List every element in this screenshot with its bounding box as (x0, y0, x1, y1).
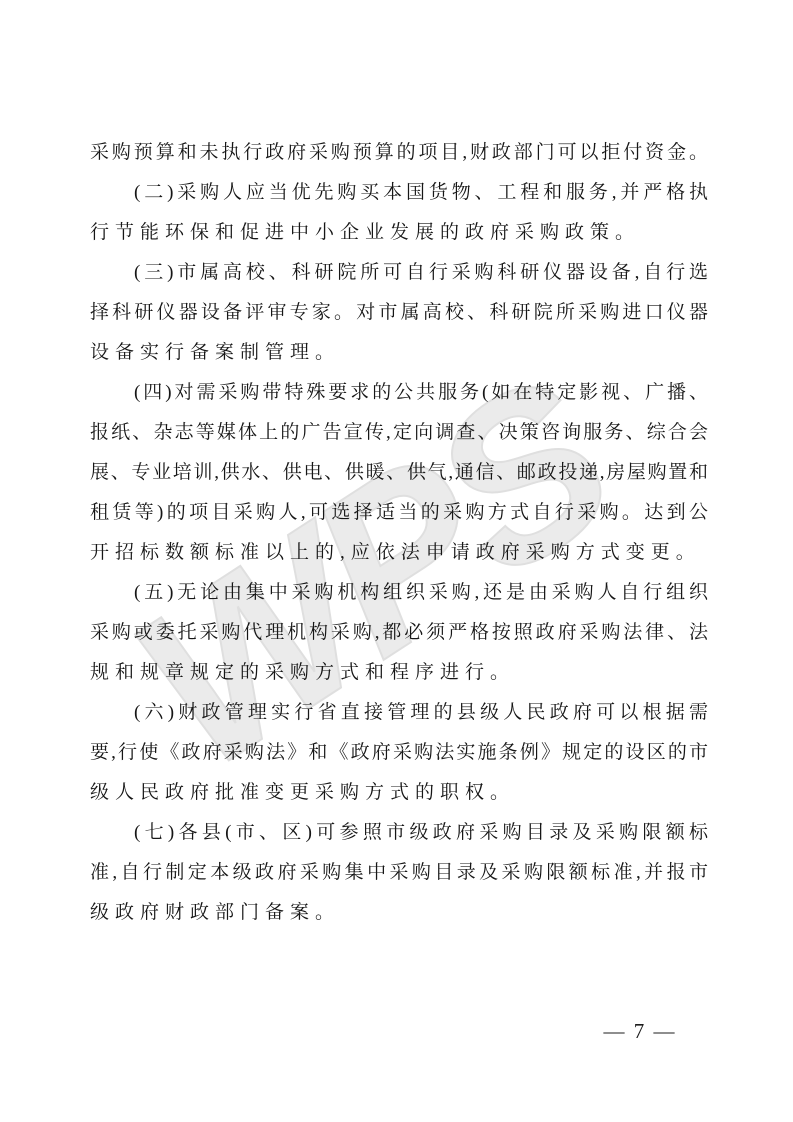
text-line: 设备实行备案制管理。 (90, 333, 708, 373)
text-line: 采购或委托采购代理机构采购,都必须严格按照政府采购法律、法 (90, 613, 708, 653)
text-line: (五)无论由集中采购机构组织采购,还是由采购人自行组织 (90, 573, 708, 613)
text-line: 准,自行制定本级政府采购集中采购目录及采购限额标准,并报市 (90, 853, 708, 893)
text-line: (四)对需采购带特殊要求的公共服务(如在特定影视、广播、 (90, 373, 708, 413)
text-line: (三)市属高校、科研院所可自行采购科研仪器设备,自行选 (90, 253, 708, 293)
text-line: 级人民政府批准变更采购方式的职权。 (90, 773, 708, 813)
document-page: WPS 采购预算和未执行政府采购预算的项目,财政部门可以拒付资金。 (二)采购人… (0, 0, 793, 1122)
text-line: 级政府财政部门备案。 (90, 893, 708, 933)
text-line: (二)采购人应当优先购买本国货物、工程和服务,并严格执 (90, 173, 708, 213)
page-number: — 7 — (593, 1016, 687, 1046)
text-line: 规和规章规定的采购方式和程序进行。 (90, 653, 708, 693)
document-body: 采购预算和未执行政府采购预算的项目,财政部门可以拒付资金。 (二)采购人应当优先… (90, 133, 708, 933)
text-line: 报纸、杂志等媒体上的广告宣传,定向调查、决策咨询服务、综合会 (90, 413, 708, 453)
text-line: 展、专业培训,供水、供电、供暖、供气,通信、邮政投递,房屋购置和 (90, 453, 708, 493)
text-line: 要,行使《政府采购法》和《政府采购法实施条例》规定的设区的市 (90, 733, 708, 773)
text-line: 采购预算和未执行政府采购预算的项目,财政部门可以拒付资金。 (90, 133, 708, 173)
text-line: 开招标数额标准以上的,应依法申请政府采购方式变更。 (90, 533, 708, 573)
text-line: (七)各县(市、区)可参照市级政府采购目录及采购限额标 (90, 813, 708, 853)
text-line: 择科研仪器设备评审专家。对市属高校、科研院所采购进口仪器 (90, 293, 708, 333)
text-line: (六)财政管理实行省直接管理的县级人民政府可以根据需 (90, 693, 708, 733)
text-line: 租赁等)的项目采购人,可选择适当的采购方式自行采购。达到公 (90, 493, 708, 533)
text-line: 行节能环保和促进中小企业发展的政府采购政策。 (90, 213, 708, 253)
